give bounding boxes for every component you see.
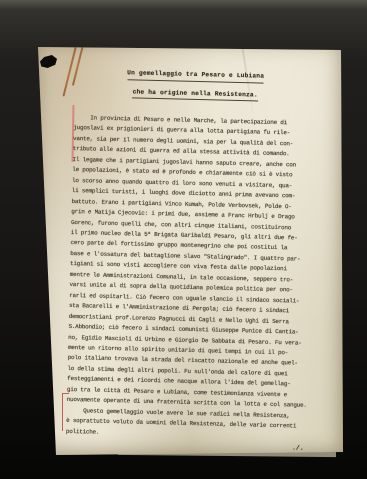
title-line-2: che ha origine nella Resistenza. xyxy=(132,86,258,102)
title-line-1: Un gemellaggio tra Pesaro e Lubiana xyxy=(127,67,264,83)
typewritten-text-block: Un gemellaggio tra Pesaro e Lubiana che … xyxy=(66,60,317,452)
document-body: In provincia di Pesaro e nelle Marche, l… xyxy=(66,113,316,443)
document-title: Un gemellaggio tra Pesaro e Lubiana che … xyxy=(74,60,317,103)
photographed-document-scene: { "doc": { "title_lines": [ "Un gemellag… xyxy=(0,0,367,479)
corner-blot-mark xyxy=(40,55,57,68)
scanned-document-page: Un gemellaggio tra Pesaro e Lubiana che … xyxy=(37,44,344,456)
